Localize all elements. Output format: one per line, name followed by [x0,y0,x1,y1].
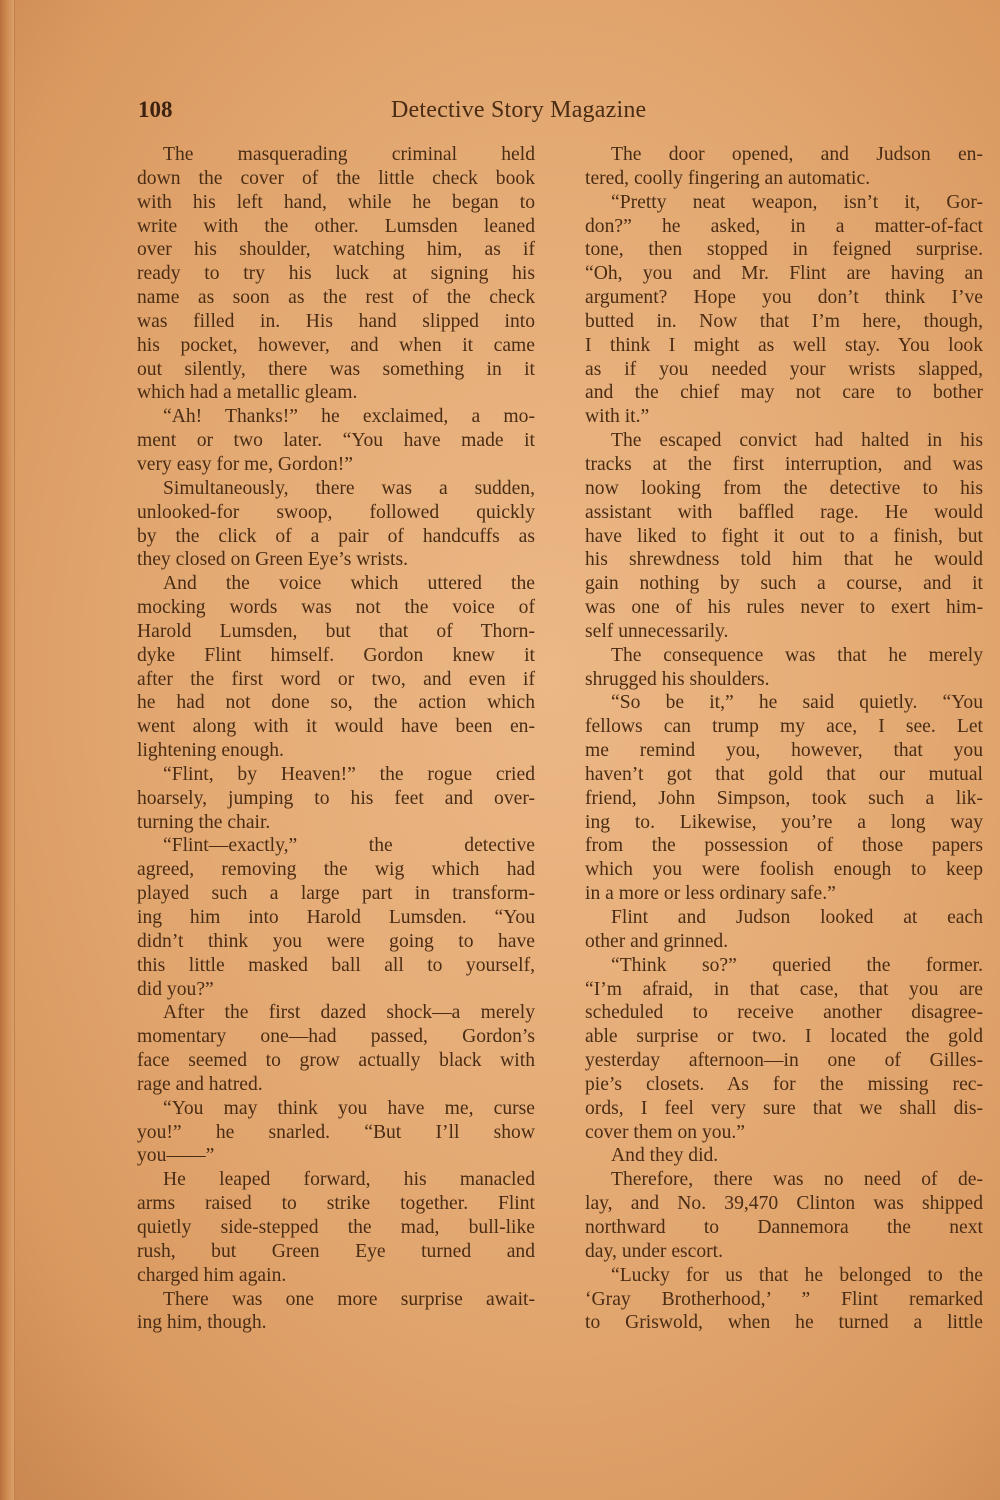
text-line: in a more or less ordinary safe.” [585,882,983,906]
text-line: ‘Gray Brotherhood,’ ” Flint remarked [585,1288,983,1312]
text-line: unlooked-for swoop, followed quickly [137,501,535,525]
text-line: lay, and No. 39,470 Clinton was shipped [585,1192,983,1216]
text-line: tone, then stopped in feigned surprise. [585,238,983,262]
text-line: which you were foolish enough to keep [585,858,983,882]
text-line: “Pretty neat weapon, isn’t it, Gor- [585,191,983,215]
text-line: down the cover of the little check book [137,167,535,191]
text-line: was filled in. His hand slipped into [137,310,535,334]
text-line: northward to Dannemora the next [585,1216,983,1240]
text-line: his pocket, however, and when it came [137,334,535,358]
text-line: he had not done so, the action which [137,691,535,715]
text-line: The consequence was that he merely [585,644,983,668]
text-line: He leaped forward, his manacled [137,1168,535,1192]
text-line: now looking from the detective to his [585,477,983,501]
text-line: After the first dazed shock—a merely [137,1001,535,1025]
text-line: don?” he asked, in a matter-of-fact [585,215,983,239]
text-line: very easy for me, Gordon!” [137,453,535,477]
text-line: ords, I feel very sure that we shall dis… [585,1097,983,1121]
text-line: “Lucky for us that he belonged to the [585,1264,983,1288]
text-line: fellows can trump my ace, I see. Let [585,715,983,739]
text-line: “You may think you have me, curse [137,1097,535,1121]
text-line: you——” [137,1144,535,1168]
text-line: assistant with baffled rage. He would [585,501,983,525]
text-line: Harold Lumsden, but that of Thorn- [137,620,535,644]
text-column-right: The door opened, and Judson en-tered, co… [585,143,983,1335]
text-line: There was one more surprise await- [137,1288,535,1312]
text-line: other and grinned. [585,930,983,954]
text-line: and the chief may not care to bother [585,381,983,405]
text-line: rush, but Green Eye turned and [137,1240,535,1264]
text-line: ing to. Likewise, you’re a long way [585,811,983,835]
text-line: The masquerading criminal held [137,143,535,167]
text-line: argument? Hope you don’t think I’ve [585,286,983,310]
text-line: cover them on you.” [585,1121,983,1145]
text-line: yesterday afternoon—in one of Gilles- [585,1049,983,1073]
text-line: “Ah! Thanks!” he exclaimed, a mo- [137,405,535,429]
text-line: haven’t got that gold that our mutual [585,763,983,787]
text-line: to Griswold, when he turned a little [585,1311,983,1335]
text-line: did you?” [137,978,535,1002]
text-line: Simultaneously, there was a sudden, [137,477,535,501]
text-line: Therefore, there was no need of de- [585,1168,983,1192]
text-line: friend, John Simpson, took such a lik- [585,787,983,811]
text-line: pie’s closets. As for the missing rec- [585,1073,983,1097]
text-line: butted in. Now that I’m here, though, [585,310,983,334]
text-line: ready to try his luck at signing his [137,262,535,286]
text-line: which had a metallic gleam. [137,381,535,405]
text-line: “I’m afraid, in that case, that you are [585,978,983,1002]
text-line: gain nothing by such a course, and it [585,572,983,596]
text-line: scheduled to receive another disagree- [585,1001,983,1025]
text-line: lightening enough. [137,739,535,763]
text-line: “So be it,” he said quietly. “You [585,691,983,715]
text-line: ment or two later. “You have made it [137,429,535,453]
text-line: “Flint—exactly,” the detective [137,834,535,858]
text-line: this little masked ball all to yourself, [137,954,535,978]
text-line: The door opened, and Judson en- [585,143,983,167]
text-line: with his left hand, while he began to [137,191,535,215]
text-line: have liked to fight it out to a finish, … [585,525,983,549]
text-line: I think I might as well stay. You look [585,334,983,358]
text-line: dyke Flint himself. Gordon knew it [137,644,535,668]
text-line: didn’t think you were going to have [137,930,535,954]
text-line: his shrewdness told him that he would [585,548,983,572]
text-line: agreed, removing the wig which had [137,858,535,882]
page-header: 108 Detective Story Magazine [138,97,708,127]
text-line: from the possession of those papers [585,834,983,858]
text-line: as if you needed your wrists slapped, [585,358,983,382]
text-line: write with the other. Lumsden leaned [137,215,535,239]
page-number: 108 [138,97,173,123]
text-line: shrugged his shoulders. [585,668,983,692]
text-column-left: The masquerading criminal helddown the c… [137,143,535,1335]
text-line: “Think so?” queried the former. [585,954,983,978]
magazine-page: 108 Detective Story Magazine The masquer… [0,0,1000,1500]
text-line: And the voice which uttered the [137,572,535,596]
text-line: out silently, there was something in it [137,358,535,382]
text-line: was one of his rules never to exert him- [585,596,983,620]
text-line: charged him again. [137,1264,535,1288]
text-line: face seemed to grow actually black with [137,1049,535,1073]
text-line: self unnecessarily. [585,620,983,644]
page-binding-edge [0,0,15,1500]
text-line: by the click of a pair of handcuffs as [137,525,535,549]
text-line: hoarsely, jumping to his feet and over- [137,787,535,811]
running-title: Detective Story Magazine [391,97,646,124]
text-line: “Flint, by Heaven!” the rogue cried [137,763,535,787]
text-line: over his shoulder, watching him, as if [137,238,535,262]
text-line: turning the chair. [137,811,535,835]
text-line: ing him, though. [137,1311,535,1335]
text-line: name as soon as the rest of the check [137,286,535,310]
text-line: ing him into Harold Lumsden. “You [137,906,535,930]
text-line: Flint and Judson looked at each [585,906,983,930]
text-line: momentary one—had passed, Gordon’s [137,1025,535,1049]
text-line: after the first word or two, and even if [137,668,535,692]
text-line: able surprise or two. I located the gold [585,1025,983,1049]
text-line: went along with it would have been en- [137,715,535,739]
text-line: arms raised to strike together. Flint [137,1192,535,1216]
text-line: And they did. [585,1144,983,1168]
text-line: tracks at the first interruption, and wa… [585,453,983,477]
text-line: day, under escort. [585,1240,983,1264]
text-line: mocking words was not the voice of [137,596,535,620]
text-line: they closed on Green Eye’s wrists. [137,548,535,572]
text-line: played such a large part in transform- [137,882,535,906]
text-line: you!” he snarled. “But I’ll show [137,1121,535,1145]
text-line: rage and hatred. [137,1073,535,1097]
text-line: “Oh, you and Mr. Flint are having an [585,262,983,286]
text-line: quietly side-stepped the mad, bull-like [137,1216,535,1240]
text-line: me remind you, however, that you [585,739,983,763]
text-line: tered, coolly fingering an automatic. [585,167,983,191]
text-line: with it.” [585,405,983,429]
text-line: The escaped convict had halted in his [585,429,983,453]
